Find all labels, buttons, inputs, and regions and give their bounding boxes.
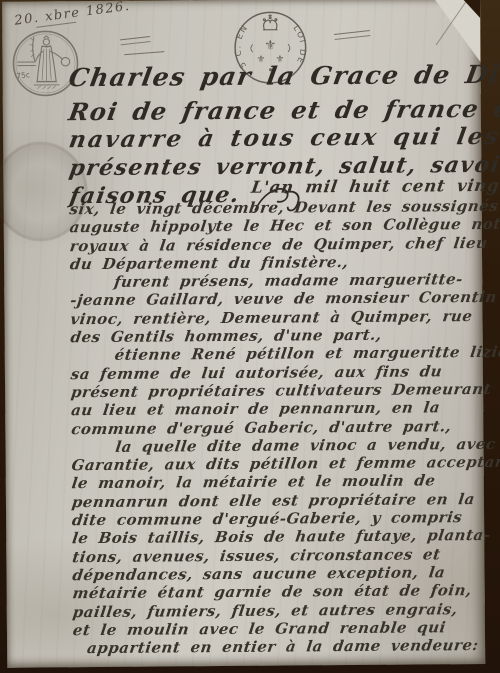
stamp-denomination: 75c	[16, 70, 31, 80]
pen-dash	[124, 51, 164, 59]
heading-line: navarre à tous ceux qui les	[67, 123, 482, 155]
heading-line: Charles par la Grace de Dieu	[66, 60, 482, 97]
fleur-de-lis-icon: ⚜	[264, 38, 276, 54]
opening-phrase: L'an mil huit cent vingt	[250, 176, 500, 197]
stamp-scroll-ornament	[251, 45, 253, 52]
heading-line: Roi de france et de france et de	[66, 94, 481, 126]
stamp-crown-icon	[263, 14, 277, 30]
pen-dash	[120, 36, 150, 45]
stamp-scroll-ornament	[288, 44, 290, 51]
corner-background-gap	[462, 0, 480, 18]
body-line: appartient en entier à la dame vendeure:	[72, 636, 484, 658]
manuscript-text: Charles par la Grace de Dieu Roi de fran…	[68, 60, 479, 213]
pen-dash	[334, 30, 370, 40]
paper-sheet: 20. xbre 1826.	[2, 0, 485, 668]
document-photo: 20. xbre 1826.	[0, 0, 500, 673]
svg-text:5 C. EN SUS: 5 C. EN SUS	[230, 7, 250, 70]
stamp-arc-left-text: 5 C. EN SUS	[230, 7, 250, 70]
